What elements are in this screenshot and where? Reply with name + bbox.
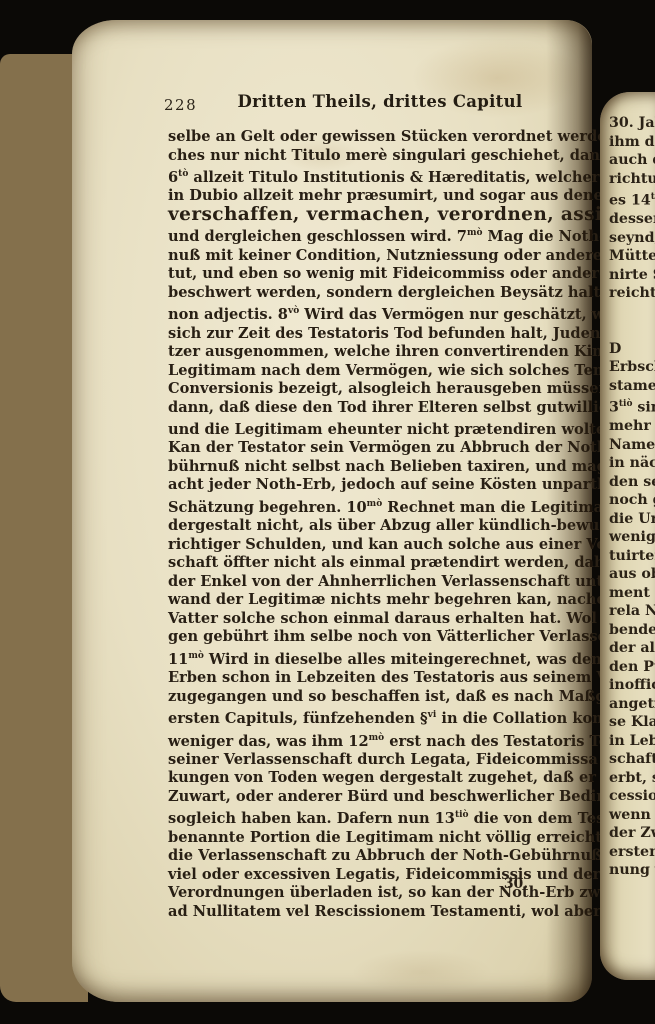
facing-text-line: nung w [609, 861, 655, 880]
facing-text-line: auch die [609, 151, 655, 170]
facing-text-line: der Zw [609, 824, 655, 843]
text-line: bührnuß nicht selbst nach Belieben taxir… [168, 458, 592, 477]
text-line: und dergleichen geschlossen wird. 7mò Ma… [168, 224, 592, 246]
left-page: 228 Dritten Theils, drittes Capitul selb… [72, 20, 592, 1002]
facing-text-line: den Pu [609, 658, 655, 677]
text-line: benannte Portion die Legitimam nicht völ… [168, 829, 592, 848]
text-line: richtiger Schulden, und kan auch solche … [168, 536, 592, 555]
text-line: 6tò allzeit Titulo Institutionis & Hæred… [168, 165, 592, 187]
text-line: Legitimam nach dem Vermögen, wie sich so… [168, 362, 592, 381]
facing-text-line: Erbscha [609, 358, 655, 377]
facing-text-line: richtung [609, 170, 655, 189]
facing-text-line: die Ursa [609, 510, 655, 529]
catchword: 30. [486, 876, 546, 892]
facing-text-line: noch gr [609, 491, 655, 510]
facing-text-line: nirte S [609, 266, 655, 285]
text-line: zugegangen und so beschaffen ist, daß es… [168, 688, 592, 707]
text-line: weniger das, was ihm 12mò erst nach des … [168, 729, 592, 751]
text-line: verschaffen, vermachen, verordnen, assig… [168, 206, 592, 225]
facing-text-line: dessen s [609, 210, 655, 229]
text-line: beschwert werden, sondern dergleichen Be… [168, 284, 592, 303]
text-line: seiner Verlassenschaft durch Legata, Fid… [168, 751, 592, 770]
facing-text-line: weniger [609, 528, 655, 547]
facing-text-line: rela Nu [609, 602, 655, 621]
facing-text-line: D [609, 340, 655, 359]
text-line: selbe an Gelt oder gewissen Stücken vero… [168, 128, 592, 147]
text-line: tzer ausgenommen, welche ihren convertir… [168, 343, 592, 362]
facing-text-line: der alleg [609, 639, 655, 658]
text-line: wand der Legitimæ nichts mehr begehren k… [168, 591, 592, 610]
text-line: ad Nullitatem vel Rescissionem Testament… [168, 903, 592, 922]
text-line: und die Legitimam eheunter nicht prætend… [168, 417, 592, 439]
text-line: die Verlassenschaft zu Abbruch der Noth-… [168, 847, 592, 866]
facing-text-line: benden [609, 621, 655, 640]
facing-text-line: in nächs [609, 454, 655, 473]
running-header: Dritten Theils, drittes Capitul [168, 92, 592, 111]
facing-text-line: aus obb [609, 565, 655, 584]
text-line: tut, und eben so wenig mit Fideicommiss … [168, 265, 592, 284]
text-line: ches nur nicht Titulo merè singulari ges… [168, 147, 592, 166]
text-line: dann, daß diese den Tod ihrer Elteren se… [168, 399, 592, 418]
text-line: gen gebührt ihm selbe noch von Vätterlic… [168, 628, 592, 647]
text-line: Schätzung begehren. 10mò Rechnet man die… [168, 495, 592, 517]
text-line: Erben schon in Lebzeiten des Testatoris … [168, 669, 592, 688]
facing-text-line: 3tiò sim [609, 395, 655, 417]
facing-text-line: Mütter [609, 247, 655, 266]
text-line: dergestalt nicht, als über Abzug aller k… [168, 517, 592, 536]
facing-text-line: es 14to [609, 188, 655, 210]
text-line: non adjectis. 8vò Wird das Vermögen nur … [168, 302, 592, 324]
facing-text-line: seynd, [609, 229, 655, 248]
text-line: Kan der Testator sein Vermögen zu Abbruc… [168, 439, 592, 458]
text-line: kungen von Toden wegen dergestalt zugehe… [168, 769, 592, 788]
facing-text-line: cessioni [609, 787, 655, 806]
text-line: acht jeder Noth-Erb, jedoch auf seine Kö… [168, 476, 592, 495]
facing-text-line: stament [609, 377, 655, 396]
facing-text-line: Namen [609, 436, 655, 455]
text-line: sogleich haben kan. Dafern nun 13tiò die… [168, 806, 592, 828]
page-stain [352, 950, 492, 994]
facing-text-line [609, 321, 655, 340]
facing-text-line: reicht, [609, 284, 655, 303]
text-line: nuß mit keiner Condition, Nutzniessung o… [168, 247, 592, 266]
facing-text-line: erbt, so [609, 769, 655, 788]
text-line: Vatter solche schon einmal daraus erhalt… [168, 610, 592, 629]
facing-page-text: 30. Jahihm dieauch dierichtunges 14todes… [609, 114, 655, 880]
facing-text-line: se Klag [609, 713, 655, 732]
facing-text-line: 30. Jah [609, 114, 655, 133]
text-line: schaft öffter nicht als einmal prætendir… [168, 554, 592, 573]
facing-text-line: ihm die [609, 133, 655, 152]
facing-text-line: angetret [609, 695, 655, 714]
text-line: der Enkel von der Ahnherrlichen Verlasse… [168, 573, 592, 592]
facing-text-line: mehr N [609, 417, 655, 436]
photo-background: 228 Dritten Theils, drittes Capitul selb… [0, 0, 655, 1024]
facing-text-line: inoffici [609, 676, 655, 695]
facing-text-line: tuirten [609, 547, 655, 566]
facing-text-line: wenn de [609, 806, 655, 825]
facing-text-line [609, 303, 655, 322]
text-line: Conversionis bezeigt, alsogleich herausg… [168, 380, 592, 399]
text-line: ersten Capituls, fünfzehenden §vi in die… [168, 706, 592, 728]
text-line: 11mò Wird in dieselbe alles miteingerech… [168, 647, 592, 669]
facing-text-line: erstenfa [609, 843, 655, 862]
body-text: selbe an Gelt oder gewissen Stücken vero… [168, 128, 592, 921]
facing-text-line: schaft ge [609, 750, 655, 769]
facing-page-edge: 30. Jahihm dieauch dierichtunges 14todes… [600, 92, 655, 980]
facing-text-line: ment q [609, 584, 655, 603]
facing-text-line: in Lebze [609, 732, 655, 751]
text-line: sich zur Zeit des Testatoris Tod befunde… [168, 325, 592, 344]
text-line: Zuwart, oder anderer Bürd und beschwerli… [168, 788, 592, 807]
facing-text-line: den seyn [609, 473, 655, 492]
